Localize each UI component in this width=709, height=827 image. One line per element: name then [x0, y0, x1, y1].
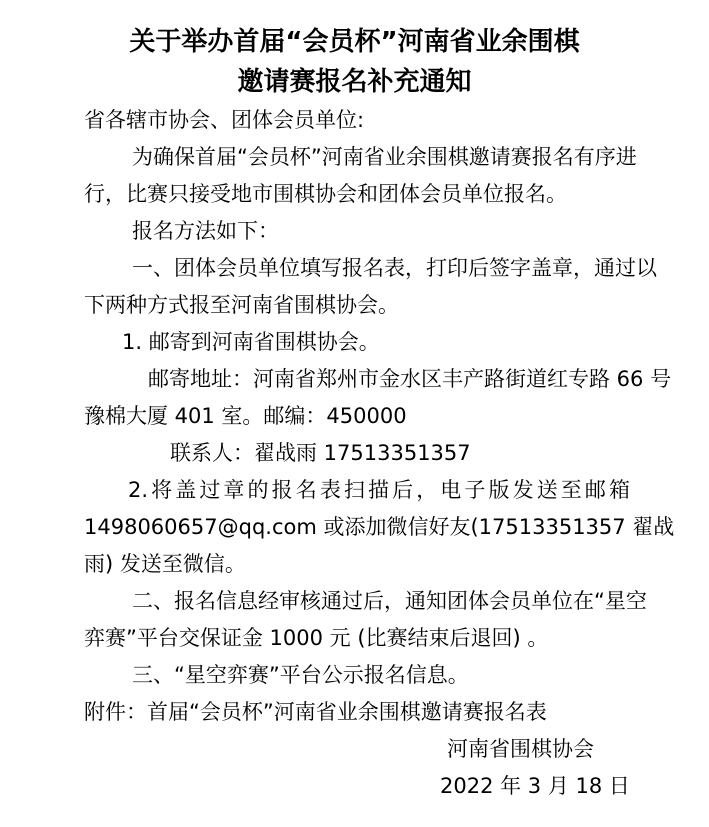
document-body: 省各辖市协会、团体会员单位:为确保首届“会员杯”河南省业余围棋邀请赛报名有序进行… — [84, 102, 630, 805]
notice-title: 关于举办首届“会员杯”河南省业余围棋 邀请赛报名补充通知 — [0, 22, 709, 102]
body-line: 为确保首届“会员杯”河南省业余围棋邀请赛报名有序进 — [84, 139, 630, 176]
body-line: 1498060657@qq.com 或添加微信好友(17513351357 翟战 — [84, 509, 630, 546]
body-line: 三、“星空弈赛”平台公示报名信息。 — [84, 657, 630, 694]
body-line: 一、团体会员单位填写报名表，打印后签字盖章，通过以 — [84, 250, 630, 287]
date-line: 2022 年 3 月 18 日 — [84, 768, 630, 805]
body-line: 邮寄地址：河南省郑州市金水区丰产路街道红专路 66 号 — [84, 361, 630, 398]
body-line: 报名方法如下： — [84, 213, 630, 250]
salutation-line: 省各辖市协会、团体会员单位: — [84, 102, 630, 139]
body-line: 下两种方式报至河南省围棋协会。 — [84, 287, 630, 324]
body-line: 二、报名信息经审核通过后，通知团体会员单位在“星空 — [84, 583, 630, 620]
body-line: 2.将盖过章的报名表扫描后，电子版发送至邮箱 — [84, 472, 630, 509]
signature-line: 河南省围棋协会 — [84, 731, 630, 768]
title-line-1: 关于举办首届“会员杯”河南省业余围棋 — [0, 22, 709, 62]
body-line: 弈赛”平台交保证金 1000 元 (比赛结束后退回) 。 — [84, 620, 630, 657]
body-line: 雨) 发送至微信。 — [84, 546, 630, 583]
body-line: 1. 邮寄到河南省围棋协会。 — [84, 324, 630, 361]
body-line: 豫棉大厦 401 室。邮编：450000 — [84, 398, 630, 435]
body-line: 联系人：翟战雨 17513351357 — [84, 435, 630, 472]
title-line-2: 邀请赛报名补充通知 — [0, 62, 709, 102]
attachment-line: 附件：首届“会员杯”河南省业余围棋邀请赛报名表 — [84, 694, 630, 731]
notice-page: 关于举办首届“会员杯”河南省业余围棋 邀请赛报名补充通知 省各辖市协会、团体会员… — [0, 0, 709, 827]
body-line: 行，比赛只接受地市围棋协会和团体会员单位报名。 — [84, 176, 630, 213]
